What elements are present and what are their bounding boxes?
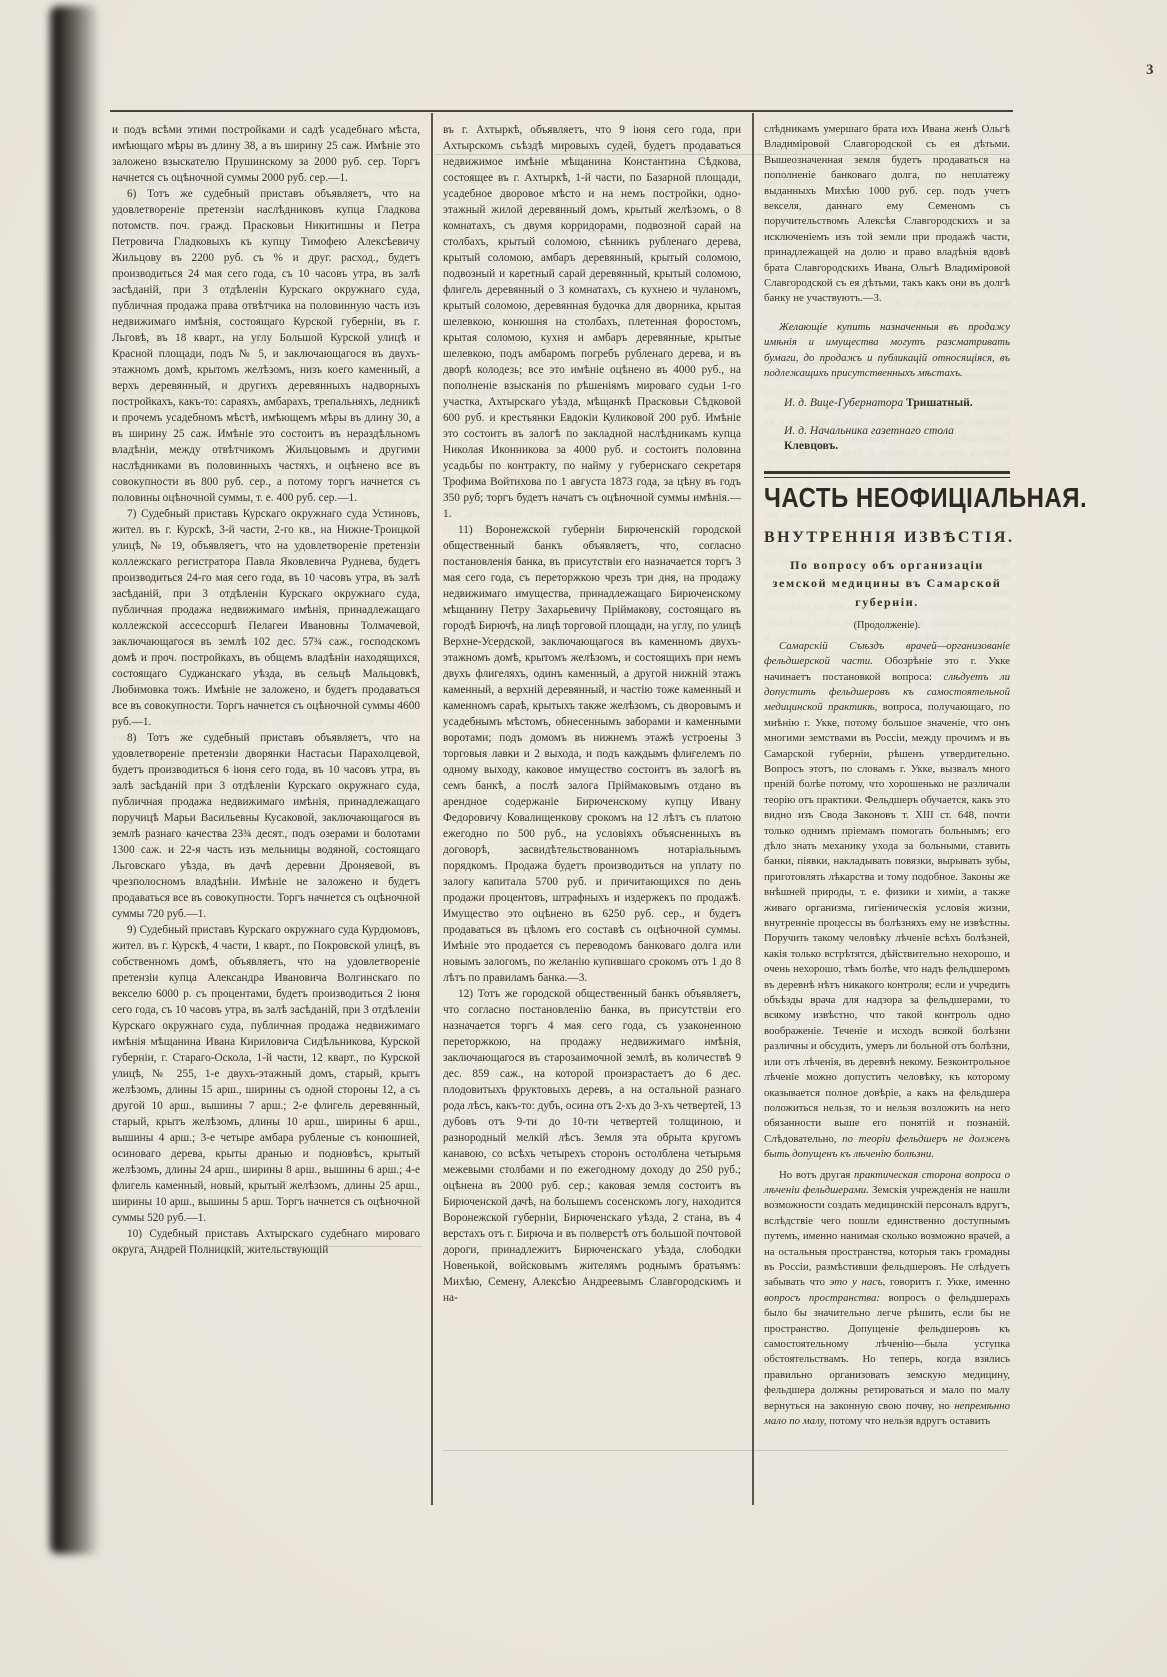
announcement-12-end: слѣдникамъ умершаго брата ихъ Ивана женѣ…: [764, 122, 1010, 307]
signature-gazette-desk-chief: И. д. Начальника газетнаго стола Клевцов…: [764, 423, 1010, 454]
column-1: 11) Воронежской губерніи Бирюченскій гор…: [112, 122, 420, 1258]
page-top-rule: [110, 110, 1013, 112]
section-title-unofficial-part: ЧАСТЬ НЕОФИЦІАЛЬНАЯ.: [764, 490, 1010, 508]
column-3: слѣдникамъ умершаго брата ихъ Ивана женѣ…: [764, 122, 1010, 1429]
paper-scratch: [443, 1450, 1008, 1451]
announcement-8: 8) Тотъ же судебный приставъ объявляетъ,…: [112, 730, 420, 922]
section-divider-rule: [764, 471, 1010, 478]
announcement-10-start: 10) Судебный приставъ Ахтырскаго судебна…: [112, 1226, 420, 1258]
column-separator-2: [752, 113, 754, 1505]
announcement-10-continued: въ г. Ахтыркѣ, объявляетъ, что 9 іюня се…: [443, 122, 741, 522]
column-separator-1: [431, 113, 433, 1505]
page-number: 3: [1146, 62, 1154, 79]
newspaper-page-scan: 3 11) Воронежской губерніи Бирюченскій г…: [0, 0, 1167, 1677]
signature-vice-governor: И. д. Вице-Губернатора Тришатный.: [764, 395, 1010, 410]
announcement-9: 9) Судебный приставъ Курскаго окружнаго …: [112, 922, 420, 1226]
announcement-5-end: и подъ всѣми этими постройками и садѣ ус…: [112, 122, 420, 186]
column-2: 6) Тотъ же судебный приставъ объявляетъ,…: [443, 122, 741, 1306]
buyers-notice: Желающіе купить назначенныя въ продажу и…: [764, 320, 1010, 382]
article-paragraph: Но вотъ другая практическая сторона вопр…: [764, 1168, 1010, 1430]
article-title-zemstvo-medicine: По вопросу объ организаціи земской медиц…: [764, 556, 1010, 612]
announcement-7: 7) Судебный приставъ Курскаго окружнаго …: [112, 506, 420, 730]
announcement-6: 6) Тотъ же судебный приставъ объявляетъ,…: [112, 186, 420, 506]
binding-shadow: [50, 6, 100, 1554]
continuation-note: (Продолженіе).: [764, 618, 1010, 633]
announcement-11: 11) Воронежской губерніи Бирюченскій гор…: [443, 522, 741, 986]
article-paragraph: Самарскій Съѣздъ врачей—организованіе фе…: [764, 639, 1010, 1163]
announcement-12-start: 12) Тотъ же городской общественный банкъ…: [443, 986, 741, 1306]
heading-domestic-news: ВНУТРЕННІЯ ИЗВѢСТІЯ.: [764, 530, 1010, 545]
